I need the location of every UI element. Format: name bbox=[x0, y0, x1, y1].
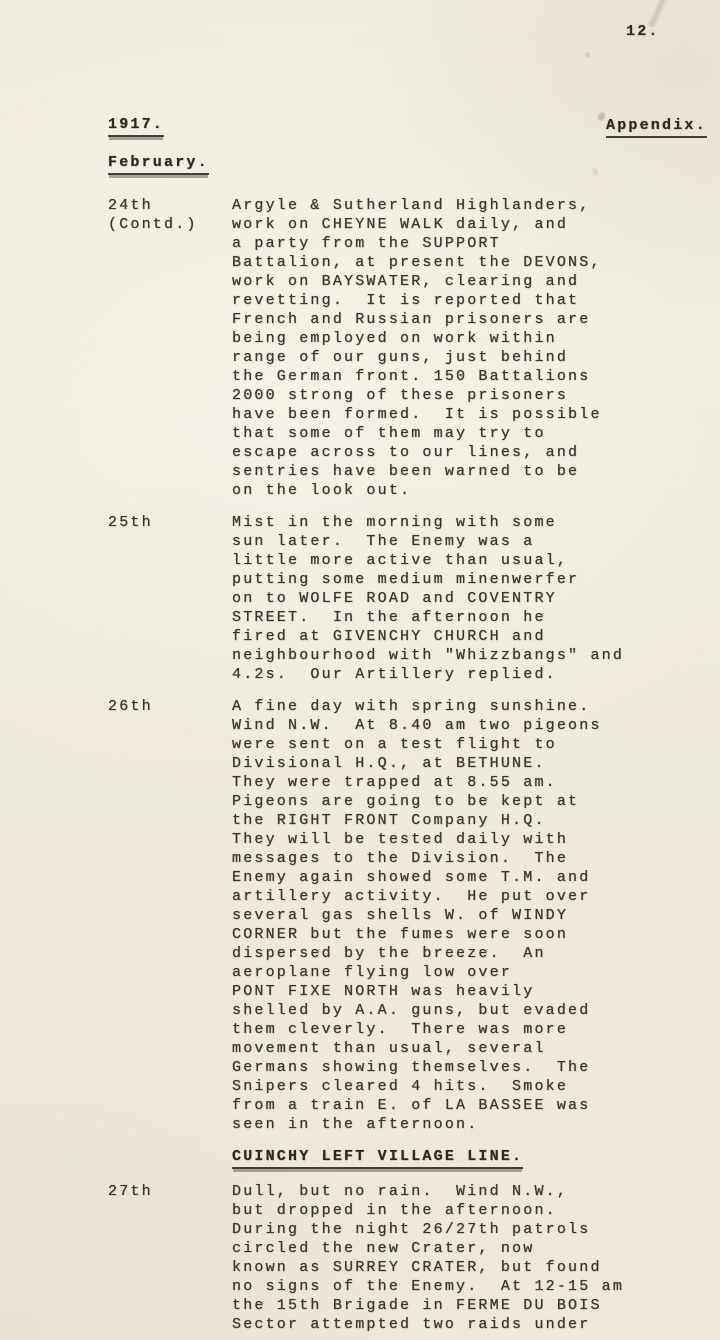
entry-date: 27th bbox=[108, 1182, 232, 1201]
diary-entry-26th: 26th A fine day with spring sunshine. Wi… bbox=[108, 697, 692, 1134]
entry-date: 24th (Contd.) bbox=[108, 196, 232, 234]
paper-speck bbox=[585, 52, 590, 58]
entry-text: A fine day with spring sunshine. Wind N.… bbox=[232, 697, 672, 1134]
entry-text: Mist in the morning with some sun later.… bbox=[232, 513, 672, 684]
page-number: 12. bbox=[626, 22, 660, 41]
diary-entry-25th: 25th Mist in the morning with some sun l… bbox=[108, 513, 692, 684]
entry-date: 25th bbox=[108, 513, 232, 532]
appendix-label-text: Appendix. bbox=[606, 116, 707, 138]
year-heading: 1917. bbox=[108, 115, 164, 137]
entry-text: Dull, but no rain. Wind N.W., but droppe… bbox=[232, 1182, 672, 1334]
month-heading: February. bbox=[108, 153, 209, 175]
diary-page: 12. 1917. Appendix. February. 24th (Cont… bbox=[0, 0, 720, 1340]
diary-entries: 24th (Contd.) Argyle & Sutherland Highla… bbox=[108, 196, 692, 1340]
appendix-label: Appendix. bbox=[606, 116, 707, 138]
paper-speck bbox=[592, 167, 599, 176]
diary-entry-24th: 24th (Contd.) Argyle & Sutherland Highla… bbox=[108, 196, 692, 500]
month-heading-text: February. bbox=[108, 153, 209, 175]
section-heading-text: CUINCHY LEFT VILLAGE LINE. bbox=[232, 1147, 523, 1169]
entry-text: Argyle & Sutherland Highlanders, work on… bbox=[232, 196, 672, 500]
diary-entry-27th: 27th Dull, but no rain. Wind N.W., but d… bbox=[108, 1182, 692, 1334]
section-heading: CUINCHY LEFT VILLAGE LINE. bbox=[232, 1147, 692, 1169]
year-heading-text: 1917. bbox=[108, 115, 164, 137]
entry-date: 26th bbox=[108, 697, 232, 716]
